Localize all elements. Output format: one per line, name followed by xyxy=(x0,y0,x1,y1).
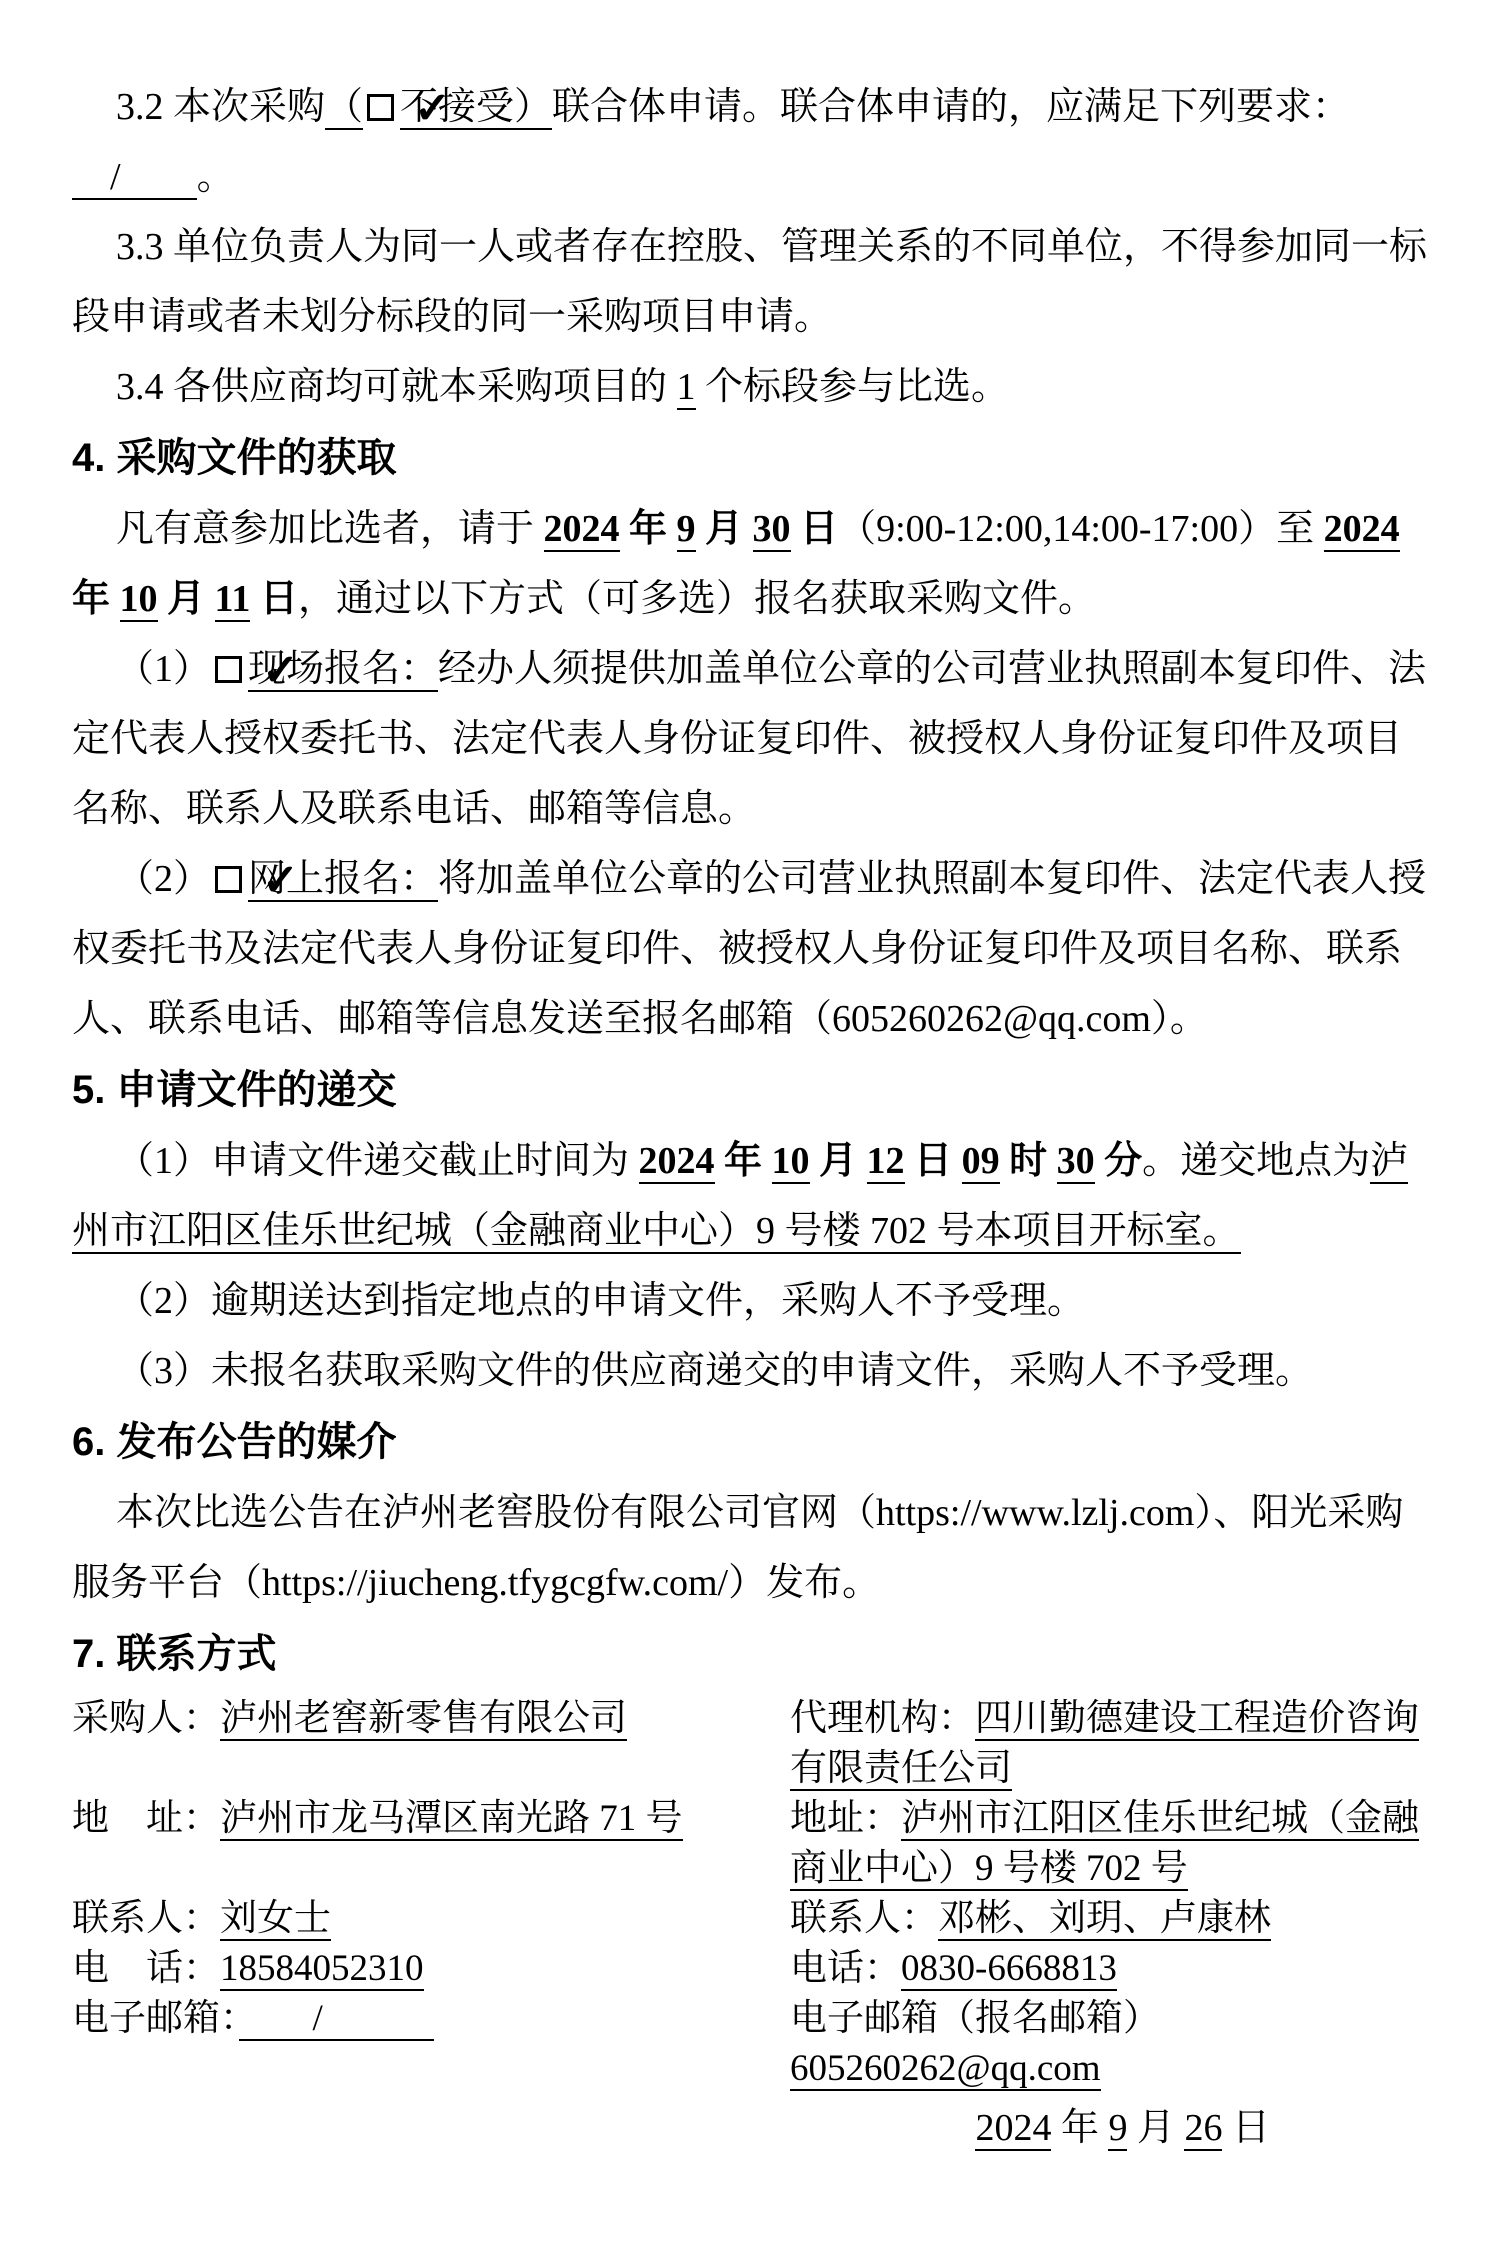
text-segment: 联系人： xyxy=(72,1898,220,1939)
para-5-3-unregistered-submission: （3）未报名获取采购文件的供应商递交的申请文件，采购人不予受理。 xyxy=(72,1336,1430,1406)
text-segment: 泸州老窖新零售有限公司 xyxy=(220,1698,627,1741)
text-segment: 3.4 各供应商均可就本采购项目的 xyxy=(116,366,677,408)
text-segment: 9 xyxy=(677,508,696,552)
para-5-2-late-submission: （2）逾期送达到指定地点的申请文件，采购人不予受理。 xyxy=(72,1266,1430,1336)
document-page: 3.2 本次采购（✓不接受）联合体申请。联合体申请的，应满足下列要求： / 。 … xyxy=(0,0,1500,2268)
text-segment: 605260262@qq.com xyxy=(790,2048,1101,2091)
text-segment: 。递交地点为 xyxy=(1142,1140,1370,1182)
text-segment: 30 xyxy=(753,508,791,552)
text-segment: 月 xyxy=(810,1140,867,1182)
text-segment: 年 xyxy=(72,578,120,620)
checked-checkbox-icon: ✓ xyxy=(215,656,242,683)
text-segment: 月 xyxy=(696,508,753,550)
text-segment: 地 址： xyxy=(72,1798,220,1839)
text-segment: 日 xyxy=(1222,2107,1270,2149)
purchaser-address-row: 地 址：泸州市龙马潭区南光路 71 号 xyxy=(72,1794,790,1894)
text-segment: 年 xyxy=(620,508,677,550)
para-3-4-one-bid-section: 3.4 各供应商均可就本采购项目的 1 个标段参与比选。 xyxy=(72,352,1430,422)
text-segment: 联合体申请。联合体申请的，应满足下列要求： xyxy=(552,86,1350,128)
text-segment: 日 xyxy=(250,578,298,620)
text-segment: 不接受） xyxy=(400,86,552,130)
agency-address-row: 地址：泸州市江阳区佳乐世纪城（金融商业中心）9 号楼 702 号 xyxy=(790,1794,1430,1894)
text-segment: 日 xyxy=(905,1140,962,1182)
para-4-1-onsite-registration: （1）✓现场报名：经办人须提供加盖单位公章的公司营业执照副本复印件、法定代表人授… xyxy=(72,634,1430,844)
text-segment: （ xyxy=(325,86,363,130)
text-segment: 联系人： xyxy=(790,1898,938,1939)
para-3-2-joint-application: 3.2 本次采购（✓不接受）联合体申请。联合体申请的，应满足下列要求： xyxy=(72,72,1430,142)
text-segment: 泸州市龙马潭区南光路 71 号 xyxy=(220,1798,683,1841)
text-segment: 09 xyxy=(962,1140,1000,1184)
text-segment: 1 xyxy=(677,366,696,410)
heading-5-application-submission: 5. 申请文件的递交 xyxy=(72,1054,1430,1126)
text-segment: 时 xyxy=(1000,1140,1057,1182)
text-segment: 年 xyxy=(1051,2107,1108,2149)
text-segment: 现场报名： xyxy=(248,648,438,692)
text-segment: 个标段参与比选。 xyxy=(696,366,1010,408)
text-segment: 10 xyxy=(120,578,158,622)
text-segment: 3.2 本次采购 xyxy=(116,86,325,128)
text-segment: 。 xyxy=(197,156,235,198)
text-segment: 邓彬、刘玥、卢康林 xyxy=(938,1898,1271,1941)
text-segment: 电子邮箱： xyxy=(72,1998,239,2039)
purchaser-phone-row: 电 话：18584052310 xyxy=(72,1944,790,1994)
text-segment: 9 xyxy=(1108,2107,1127,2151)
para-6-announcement-websites: 本次比选公告在泸州老窖股份有限公司官网（https://www.lzlj.com… xyxy=(72,1478,1430,1618)
text-segment: 地址： xyxy=(790,1798,901,1839)
para-4-2-online-registration: （2）✓网上报名：将加盖单位公章的公司营业执照副本复印件、法定代表人授权委托书及… xyxy=(72,844,1430,1054)
contact-table: 采购人：泸州老窖新零售有限公司 代理机构：四川勤德建设工程造价咨询有限责任公司 … xyxy=(72,1694,1430,2094)
text-segment: （1） xyxy=(116,648,211,690)
text-segment: 10 xyxy=(772,1140,810,1184)
text-segment: 凡有意参加比选者，请于 xyxy=(116,508,544,550)
para-4-intro-registration-period: 凡有意参加比选者，请于 2024 年 9 月 30 日（9:00-12:00,1… xyxy=(72,494,1430,634)
text-segment: 电 话： xyxy=(72,1948,220,1989)
text-segment: 0830-6668813 xyxy=(901,1948,1117,1991)
checked-checkbox-icon: ✓ xyxy=(367,94,394,121)
text-segment: 网上报名： xyxy=(248,858,438,902)
text-segment: 月 xyxy=(1127,2107,1184,2149)
text-segment: 2024 xyxy=(975,2107,1051,2151)
text-segment: 2024 xyxy=(639,1140,715,1184)
text-segment: （9:00-12:00,14:00-17:00）至 xyxy=(838,508,1324,550)
text-segment: ，通过以下方式（可多选）报名获取采购文件。 xyxy=(298,578,1096,620)
text-segment: 12 xyxy=(867,1140,905,1184)
text-segment: 30 xyxy=(1057,1140,1095,1184)
text-segment: 本次比选公告在泸州老窖股份有限公司官网（https://www.lzlj.com… xyxy=(72,1492,1403,1604)
text-segment: 26 xyxy=(1184,2107,1222,2151)
text-segment: （3）未报名获取采购文件的供应商递交的申请文件，采购人不予受理。 xyxy=(116,1350,1313,1392)
agency-phone-row: 电话：0830-6668813 xyxy=(790,1944,1430,1994)
text-segment: 采购人： xyxy=(72,1698,220,1739)
text-segment: （2） xyxy=(116,858,211,900)
text-segment: 3.3 单位负责人为同一人或者存在控股、管理关系的不同单位，不得参加同一标段申请… xyxy=(72,226,1427,338)
text-segment: 18584052310 xyxy=(220,1948,424,1991)
text-segment: 年 xyxy=(715,1140,772,1182)
agency-email-row: 电子邮箱（报名邮箱）605260262@qq.com xyxy=(790,1994,1430,2094)
text-segment: / xyxy=(72,156,197,200)
purchaser-contact-person-row: 联系人：刘女士 xyxy=(72,1894,790,1944)
text-segment: 分 xyxy=(1095,1140,1143,1182)
announcement-date: 2024 年 9 月 26 日 xyxy=(72,2102,1430,2154)
fill-in-blank-slash-line: / 。 xyxy=(72,142,1430,212)
text-segment: 2024 xyxy=(544,508,620,552)
heading-7-contact-info: 7. 联系方式 xyxy=(72,1618,1430,1690)
purchaser-name-row: 采购人：泸州老窖新零售有限公司 xyxy=(72,1694,790,1794)
text-segment: / xyxy=(239,1998,434,2041)
text-segment: 电子邮箱（报名邮箱） xyxy=(790,1998,1160,2039)
checked-checkbox-icon: ✓ xyxy=(215,866,242,893)
text-segment: 日 xyxy=(791,508,839,550)
agency-contact-person-row: 联系人：邓彬、刘玥、卢康林 xyxy=(790,1894,1430,1944)
text-segment: （1）申请文件递交截止时间为 xyxy=(116,1140,639,1182)
para-3-3-same-responsible-person: 3.3 单位负责人为同一人或者存在控股、管理关系的不同单位，不得参加同一标段申请… xyxy=(72,212,1430,352)
heading-6-announcement-media: 6. 发布公告的媒介 xyxy=(72,1406,1430,1478)
text-segment: 代理机构： xyxy=(790,1698,975,1739)
text-segment: 月 xyxy=(158,578,215,620)
purchaser-email-row: 电子邮箱： / xyxy=(72,1994,790,2094)
agency-name-row: 代理机构：四川勤德建设工程造价咨询有限责任公司 xyxy=(790,1694,1430,1794)
text-segment: 刘女士 xyxy=(220,1898,331,1941)
text-segment: 2024 xyxy=(1324,508,1400,552)
text-segment: （2）逾期送达到指定地点的申请文件，采购人不予受理。 xyxy=(116,1280,1085,1322)
para-5-1-submission-deadline: （1）申请文件递交截止时间为 2024 年 10 月 12 日 09 时 30 … xyxy=(72,1126,1430,1266)
heading-4-document-acquisition: 4. 采购文件的获取 xyxy=(72,422,1430,494)
text-segment: 电话： xyxy=(790,1948,901,1989)
text-segment: 11 xyxy=(215,578,251,622)
